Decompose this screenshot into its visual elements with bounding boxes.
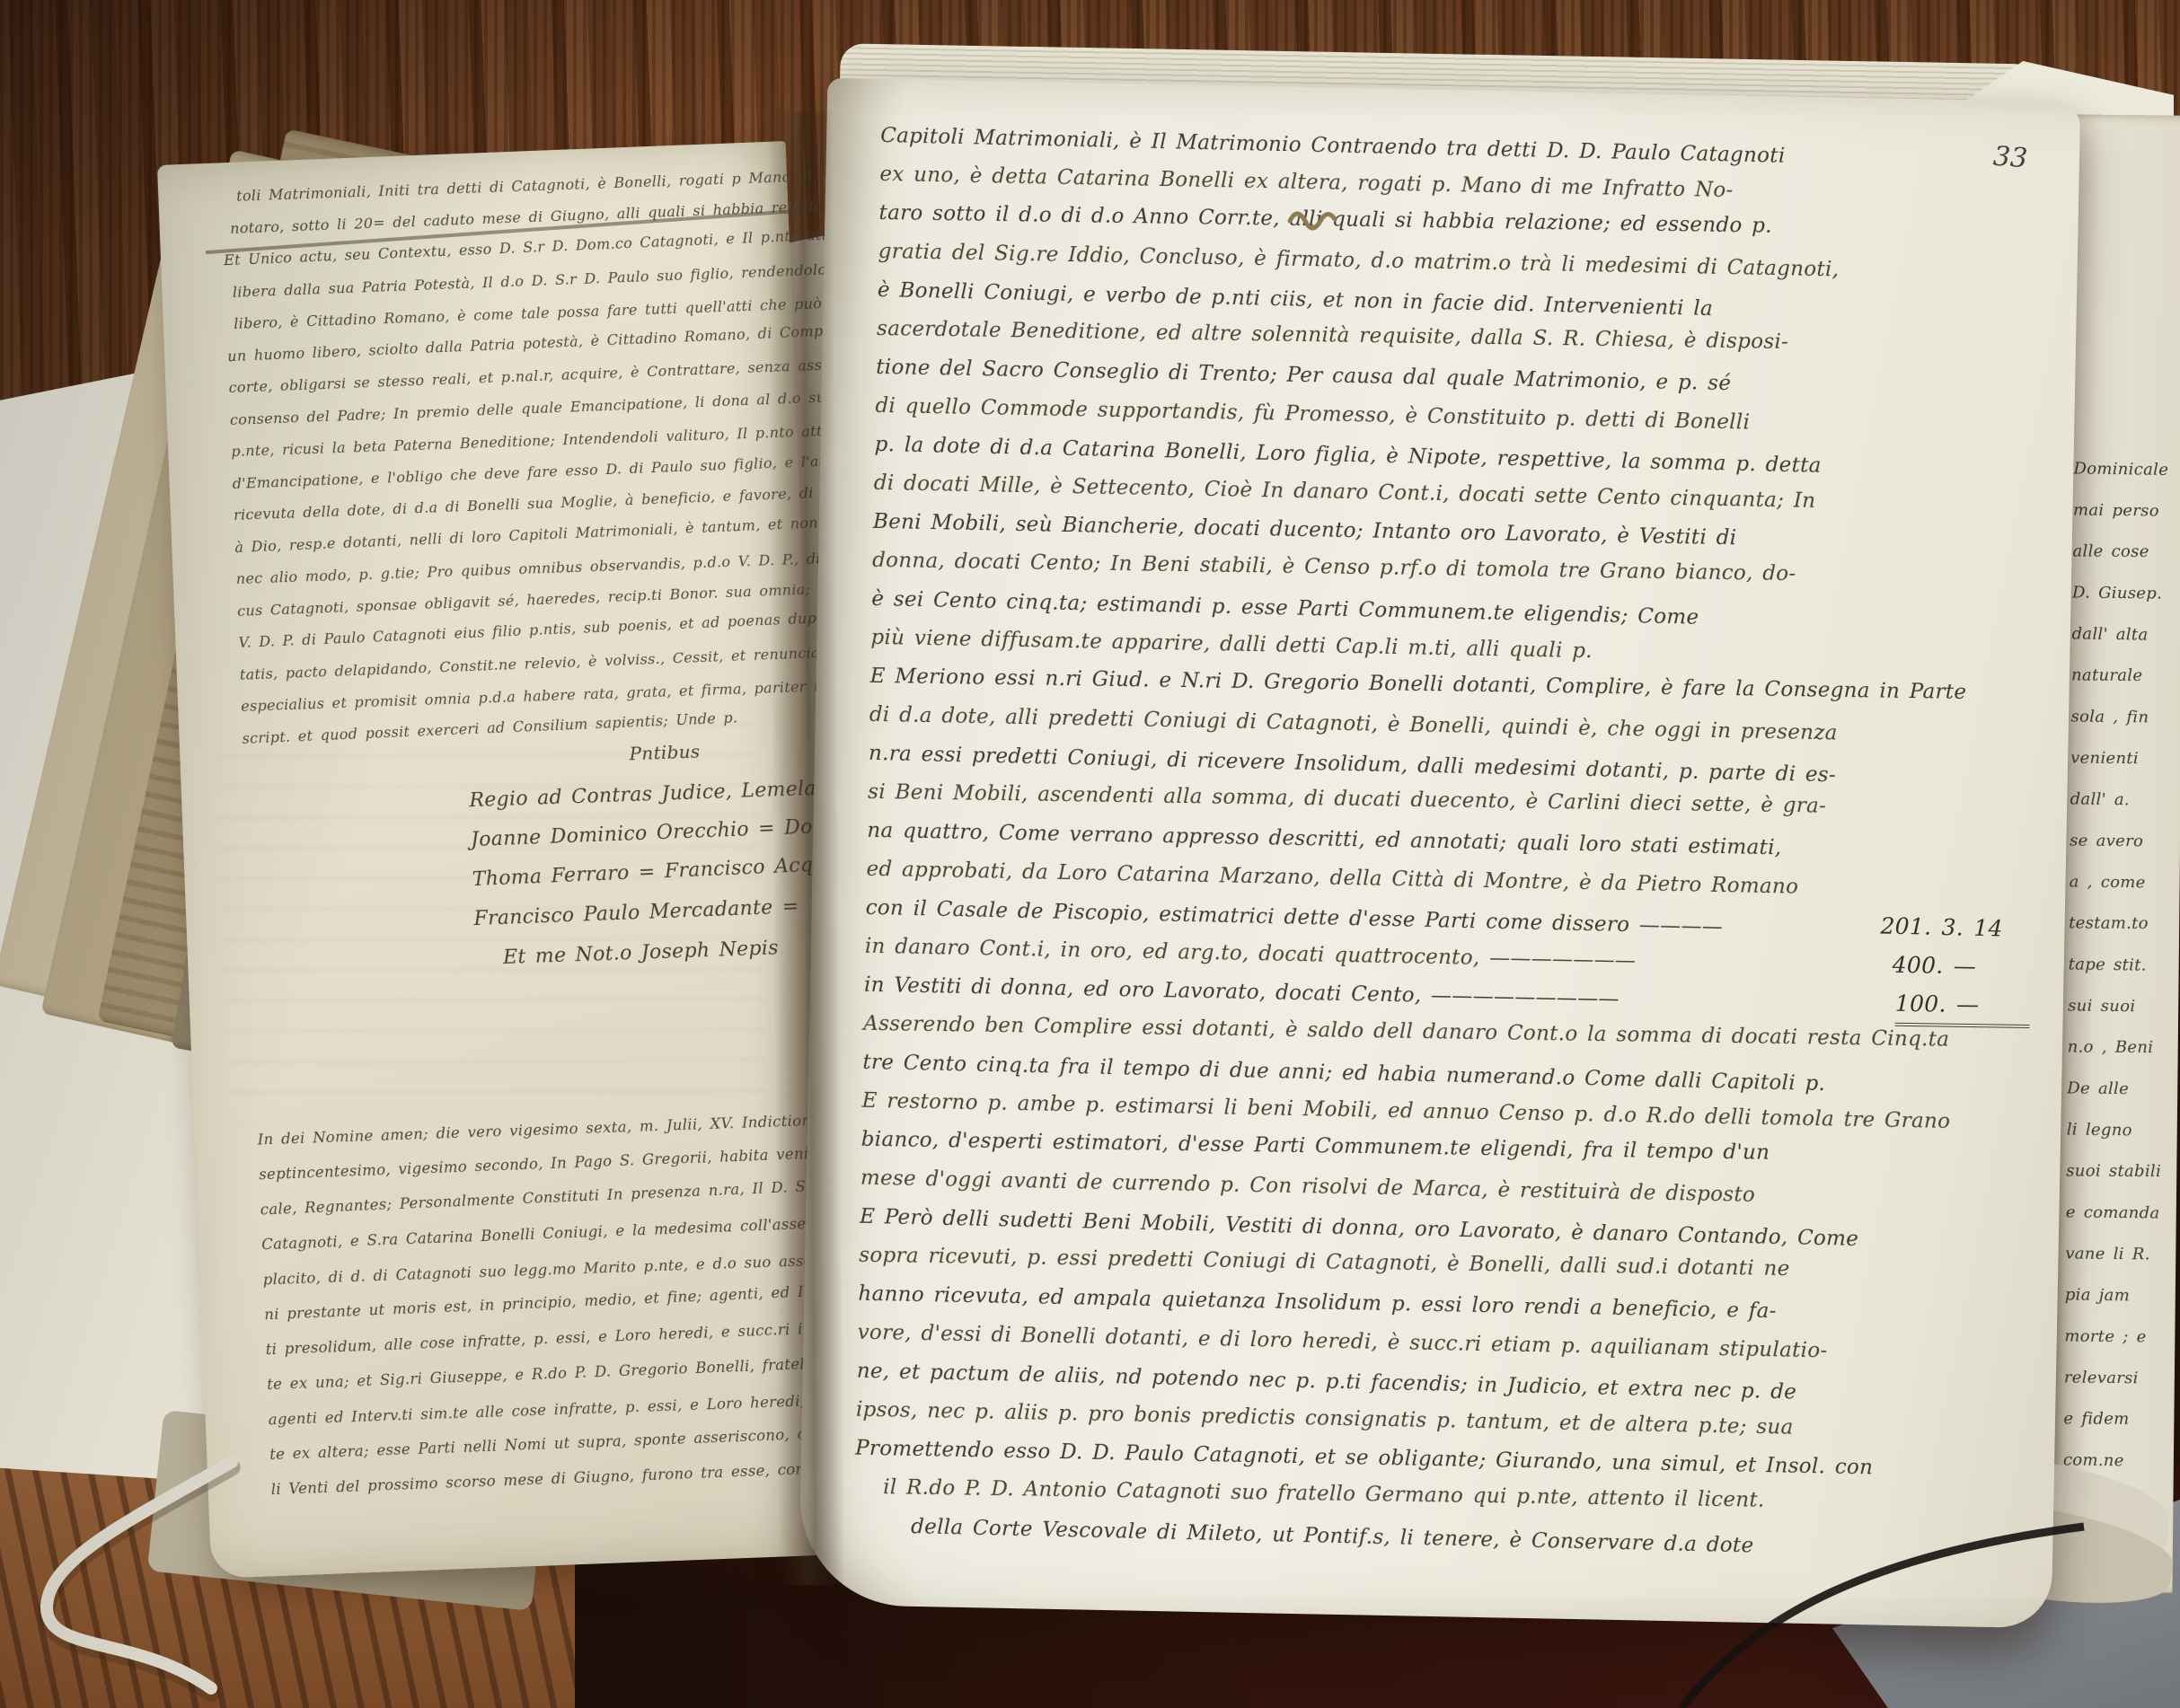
left-paragraph-2: In dei Nomine amen; die vero vigesimo se… (257, 1101, 828, 1507)
edge-fragment-line: dall' alta (2071, 613, 2180, 656)
edge-fragment-line: sola , fin (2070, 696, 2180, 738)
dowry-amounts-column: 201. 3. 14400. —100. — (1878, 906, 2032, 1028)
dowry-amount: 201. 3. 14 (1880, 906, 2032, 948)
edge-fragment-line: e fidem (2063, 1398, 2174, 1440)
book-gutter-shadow (766, 112, 845, 1586)
edge-fragment-line: dall' a. (2070, 779, 2180, 822)
edge-fragment-line: De alle (2067, 1068, 2177, 1110)
dowry-amount: 100. — (1894, 984, 2030, 1028)
dowry-amount: 400. — (1892, 946, 2031, 987)
edge-fragment-line: naturale (2071, 655, 2180, 697)
edge-fragment-line: se avero (2070, 820, 2180, 862)
edge-fragment-line: tape stit. (2068, 944, 2179, 987)
witness-signatures: Regio ad Contras Judice, Lemelaus Almeri… (244, 769, 808, 988)
left-page-text: toli Matrimoniali, Initi tra detti di Ca… (221, 160, 828, 1508)
edge-fragment-line: a , come (2069, 861, 2179, 903)
edge-fragment-line: li legno (2066, 1109, 2177, 1152)
edge-fragment-line: Dominicale (2073, 448, 2180, 491)
edge-fragment-line: relevarsi (2064, 1357, 2175, 1399)
edge-fragment-line: morte ; e (2064, 1316, 2175, 1358)
manuscript-book-photo: Dominicalemai persoalle coseD. Giusep.da… (0, 0, 2180, 1708)
edge-fragment-line: e comanda (2066, 1192, 2176, 1234)
right-page-text: Capitoli Matrimoniali, è Il Matrimonio C… (853, 117, 2048, 1568)
edge-fragment-line: suoi stabili (2066, 1150, 2176, 1193)
edge-fragment-line: alle cose (2072, 531, 2180, 573)
edge-fragment-line: n.o , Beni (2068, 1026, 2178, 1069)
edge-fragment-line: vane li R. (2065, 1233, 2176, 1275)
edge-fragment-line: D. Giusep. (2072, 572, 2180, 614)
edge-fragment-line: pia jam (2065, 1274, 2176, 1317)
left-paragraph-1: toli Matrimoniali, Initi tra detti di Ca… (221, 160, 799, 754)
left-manuscript-page: toli Matrimoniali, Initi tra detti di Ca… (157, 141, 840, 1579)
edge-fragment-line: mai perso (2073, 489, 2180, 532)
edge-fragment-line: testam.to (2069, 902, 2179, 945)
right-manuscript-page: 33 Capitoli Matrimoniali, è Il Matrimoni… (799, 78, 2080, 1628)
edge-fragment-line: sui suoi (2068, 985, 2178, 1027)
edge-fragment-line: venienti (2070, 737, 2180, 779)
